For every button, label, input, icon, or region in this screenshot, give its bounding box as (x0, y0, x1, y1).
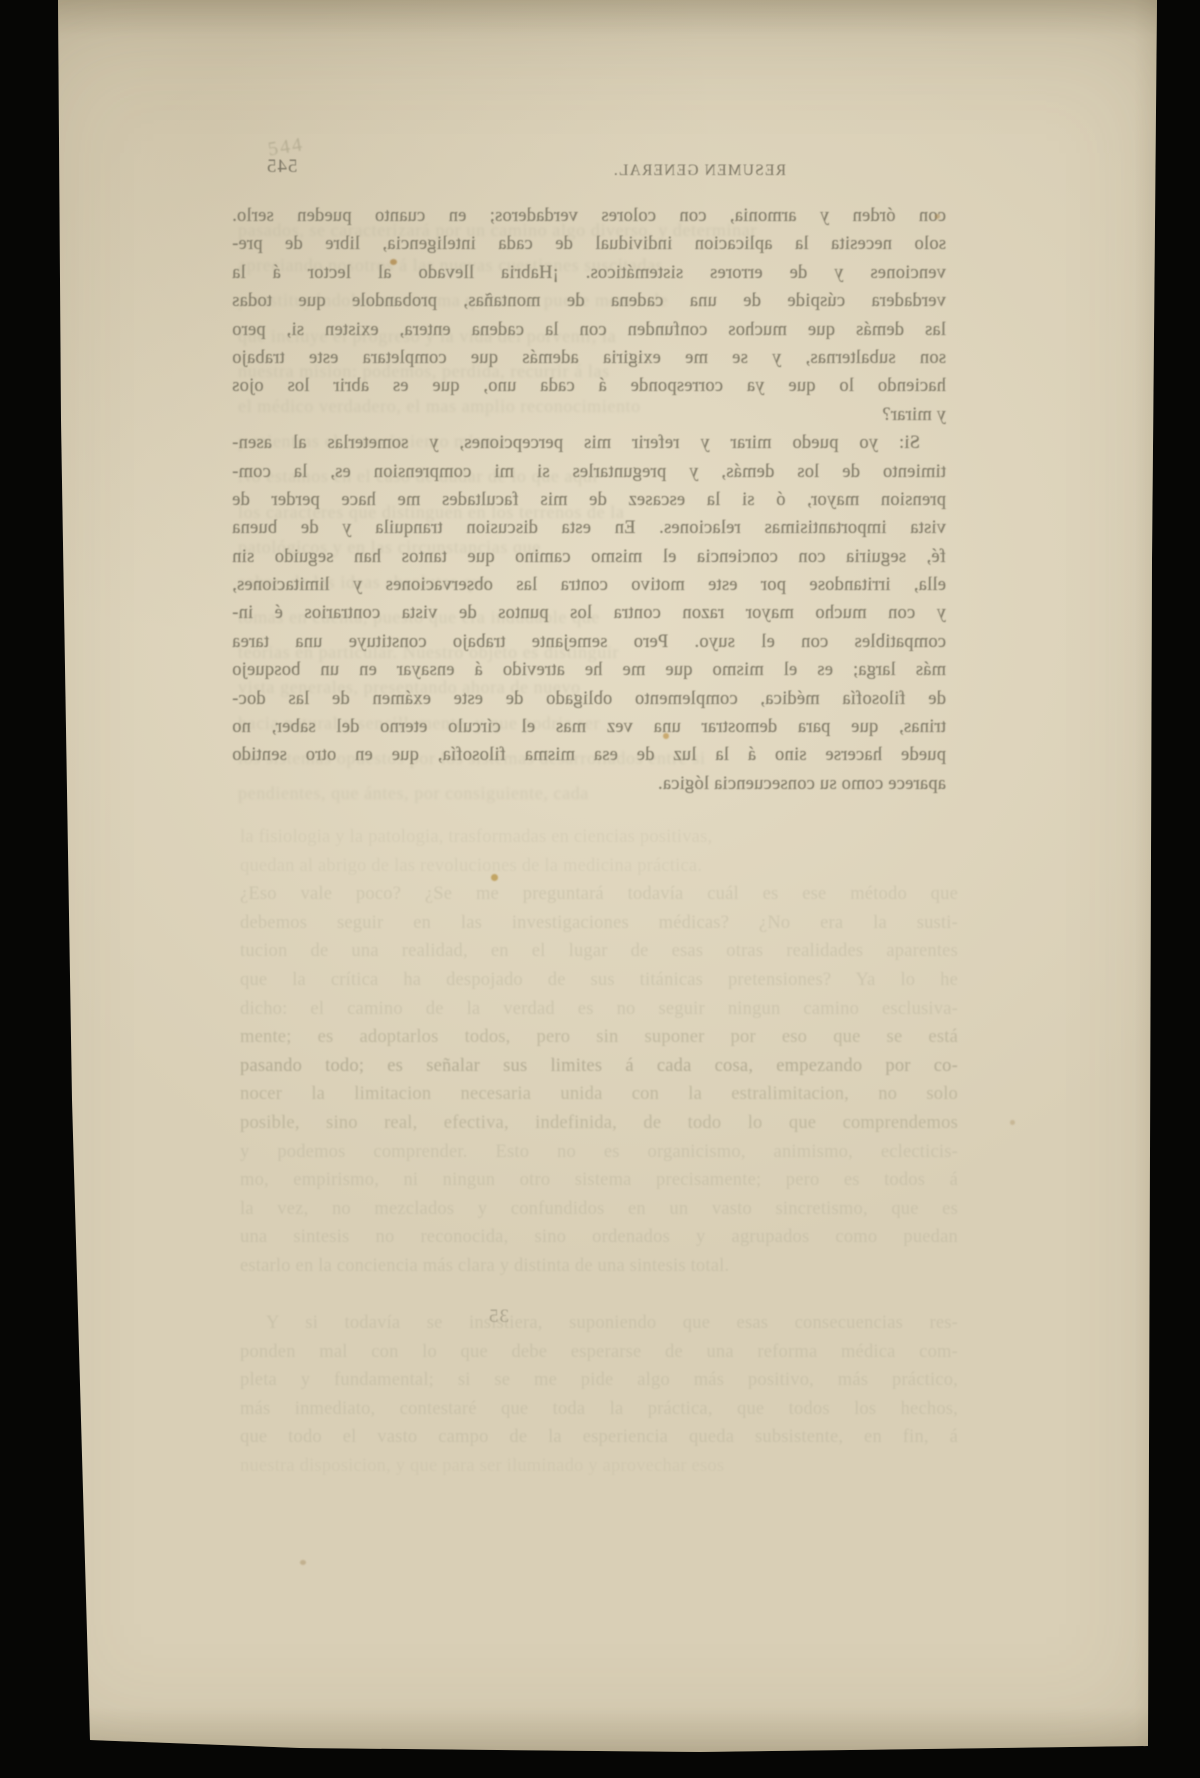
ghost-text-line: que todo el vasto campo de la esperienci… (240, 1423, 958, 1452)
ghost-text-line: dicho: el camino de la verdad es no segu… (240, 995, 958, 1024)
foxing-speck (300, 1560, 306, 1565)
bleedthrough-text-line: Si: yo puedo mirar y referir mis percepc… (232, 429, 946, 457)
ghost-text-line: debemos seguir en las investigaciones mé… (240, 909, 958, 938)
ghost-text-line (240, 1281, 958, 1310)
bleedthrough-text-line: trinas, que para demostrar una vez mas e… (232, 713, 946, 741)
bleedthrough-text-line: y mirar? (232, 401, 946, 429)
bleedthrough-text-line: con órden y armonia, con colores verdade… (232, 202, 946, 230)
ghost-text-line: pasando todo; es señalar sus limites á c… (240, 1052, 958, 1081)
page-number-bleedthrough: 545 (266, 156, 298, 178)
ghost-text-line: quedan al abrigo de las revoluciones de … (240, 852, 958, 881)
bleedthrough-text-line: fé, seguiria con conciencia el mismo cam… (232, 543, 946, 571)
foxing-speck (1010, 1120, 1015, 1125)
ghost-text-line: mo, empirismo, ni ningun otro sistema pr… (240, 1166, 958, 1195)
bleedthrough-text-line: solo necesita la aplicacion individual d… (232, 230, 946, 258)
bleedthrough-text-line: vista importantisimas relaciones. En est… (232, 514, 946, 542)
foxing-speck (663, 733, 669, 739)
bleedthrough-text-line: timiento de los demás, y preguntarles si… (232, 458, 946, 486)
ghost-text-line: pleta y fundamental; si se me pide algo … (240, 1366, 958, 1395)
bleedthrough-text-line: y con mucho mayor razon contra los punto… (232, 599, 946, 627)
ghost-text-line: posible, sino real, efectiva, indefinida… (240, 1109, 958, 1138)
bleedthrough-text-line: puede hacerse sino á la luz de esa misma… (232, 741, 946, 769)
ghost-text-line: Y si todavía se insistiera, suponiendo q… (240, 1309, 958, 1338)
bleedthrough-text-line: de filosofía médica, complemento obligad… (232, 685, 946, 713)
running-header-title: RESUMEN GENERAL. (613, 162, 786, 180)
ghost-text-line: tucion de una realidad, en el lugar de e… (240, 937, 958, 966)
ghost-text-line: más inmediato, contestaré que toda la pr… (240, 1395, 958, 1424)
signature-mark-bleedthrough: 35 (488, 1306, 509, 1328)
running-header: 545 RESUMEN GENERAL. (232, 150, 946, 202)
foxing-speck (390, 259, 397, 265)
bleedthrough-text-line: las demás que muchos confunden con la ca… (232, 316, 946, 344)
bleedthrough-text-line: compatibles con el suyo. Pero semejante … (232, 628, 946, 656)
bleedthrough-text-line: ella, irritandose por este motivo contra… (232, 571, 946, 599)
bleedthrough-text-line: verdadera cúspide de una cadena de monta… (232, 287, 946, 315)
bleedthrough-text-line: son subalternas, y se me exigiria además… (232, 344, 946, 372)
ghost-text-line: la vez, no mezclados y confundidos en un… (240, 1195, 958, 1224)
ghost-text-line: y podemos comprender. Esto no es organic… (240, 1138, 958, 1167)
scanned-book-page: pasados, se caracterizará por un camino … (0, 0, 1200, 1778)
bleedthrough-text-line: aparece como su consecuencia lógica. (232, 770, 946, 798)
bleedthrough-block: 545 RESUMEN GENERAL. con órden y armonia… (232, 150, 946, 798)
bleedthrough-text-line: venciones y de errores sistemáticos. ¡Ha… (232, 259, 946, 287)
foxing-speck (491, 874, 498, 881)
ghost-text-line: que la crítica ha despojado de sus titán… (240, 966, 958, 995)
ghost-text-line: nocer la limitacion necesaria unida con … (240, 1080, 958, 1109)
scan-frame: pasados, se caracterizará por un camino … (0, 0, 1200, 1778)
foxing-speck (935, 214, 940, 219)
bleedthrough-text-line: más larga; es el mismo que me he atrevid… (232, 656, 946, 684)
ghost-text-line: ¿Eso vale poco? ¿Se me preguntará todaví… (240, 880, 958, 909)
ghost-text-line: mente; es adoptarlos todos, pero sin sup… (240, 1023, 958, 1052)
ghost-text-line: nuestra disposicion, y que para ser ilum… (240, 1452, 958, 1481)
bleedthrough-text-line: prension mayor, ó si la escasez de mis f… (232, 486, 946, 514)
ghost-text-line: estarlo en la conciencia más clara y dis… (240, 1252, 958, 1281)
ghost-text-line: ponden mal con lo que debe esperarse de … (240, 1338, 958, 1367)
bleedthrough-text: con órden y armonia, con colores verdade… (232, 202, 946, 798)
ghost-text-line: la fisiologia y la patologia, trasformad… (240, 823, 958, 852)
ghost-text-block: la fisiologia y la patologia, trasformad… (240, 823, 958, 1481)
bleedthrough-text-line: haciendo lo que ya corresponde á cada un… (232, 372, 946, 400)
ghost-text-line: una sintesis no reconocida, sino ordenad… (240, 1223, 958, 1252)
